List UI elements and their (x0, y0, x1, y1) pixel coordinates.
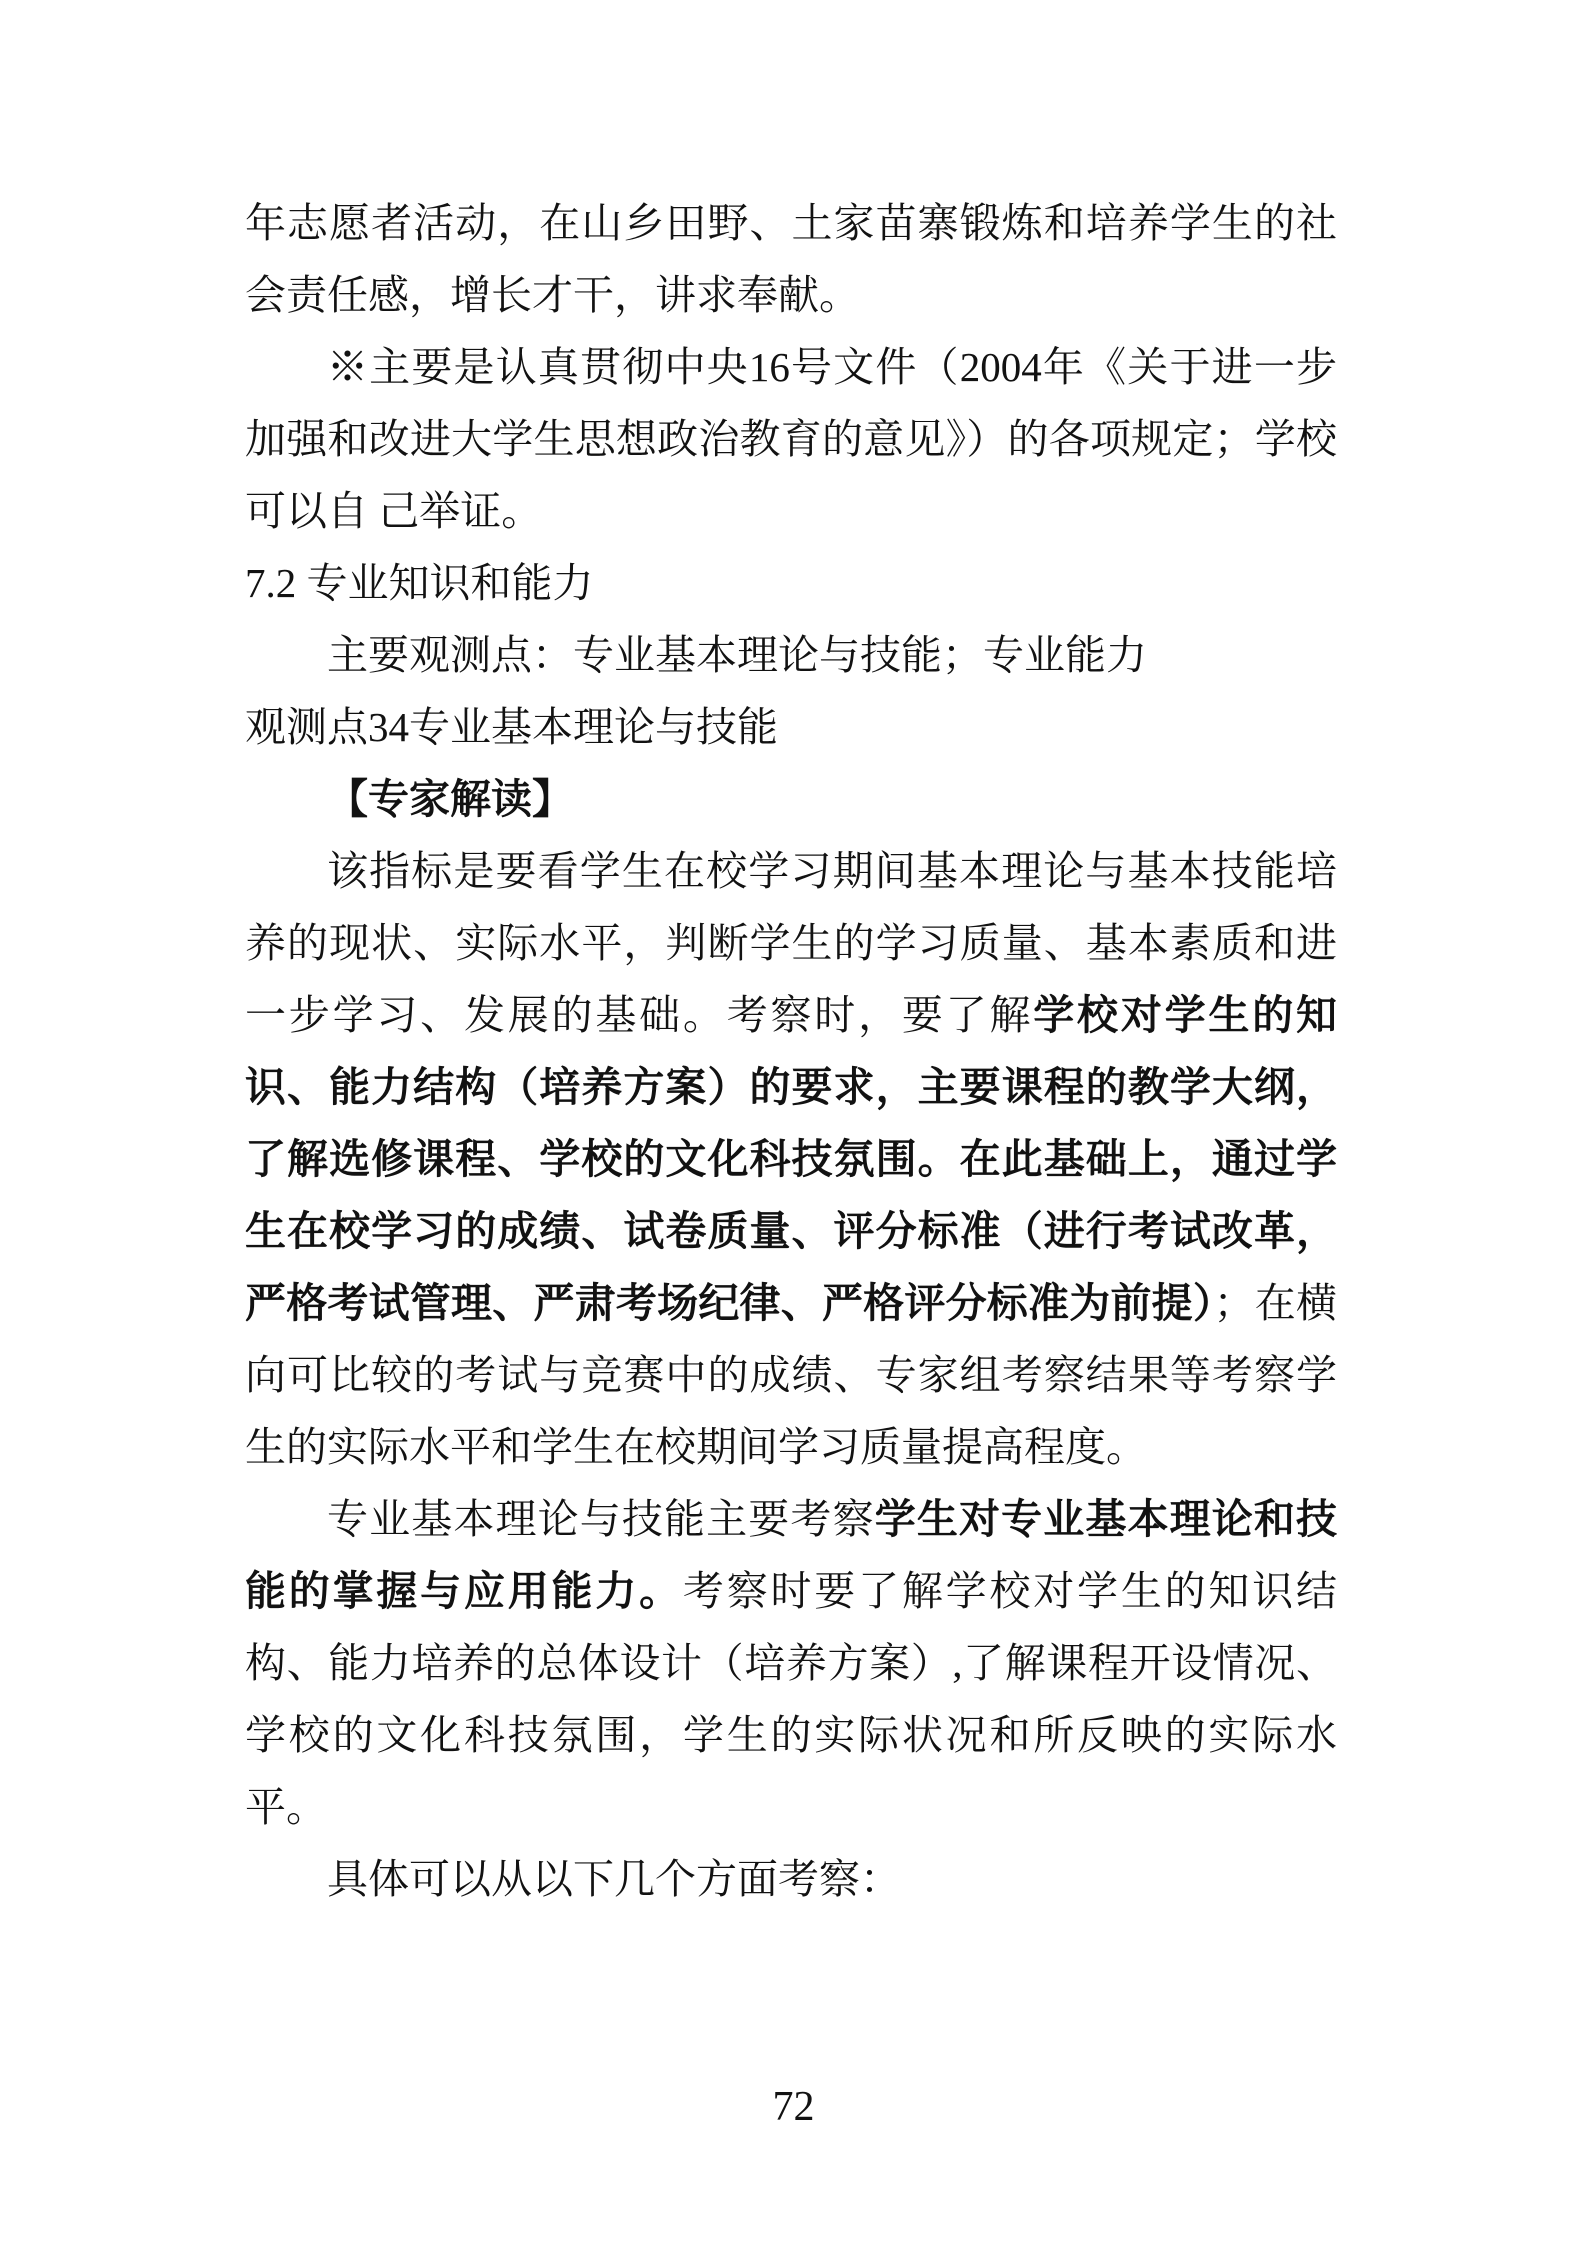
document-body: 年志愿者活动，在山乡田野、土家苗寨锻炼和培养学生的社会责任感，增长才干，讲求奉献… (245, 187, 1337, 1915)
document-page: 年志愿者活动，在山乡田野、土家苗寨锻炼和培养学生的社会责任感，增长才干，讲求奉献… (0, 0, 1587, 2245)
paragraph-indicator-explanation: 该指标是要看学生在校学习期间基本理论与基本技能培养的现状、实际水平，判断学生的学… (245, 835, 1337, 1483)
paragraph-text: 主要观测点：专业基本理论与技能；专业能力 (327, 632, 1147, 678)
heading-text: 观测点34专业基本理论与技能 (245, 704, 778, 750)
heading-section-7-2: 7.2 专业知识和能力 (245, 547, 1337, 619)
paragraph-observation-points: 主要观测点：专业基本理论与技能；专业能力 (245, 619, 1337, 691)
paragraph-theory-skills: 专业基本理论与技能主要考察学生对专业基本理论和技能的掌握与应用能力。考察时要了解… (245, 1483, 1337, 1843)
paragraph-note-16hao: ※主要是认真贯彻中央16号文件（2004年《关于进一步加强和改进大学生思想政治教… (245, 331, 1337, 547)
paragraph-run-bold: 学校对学生的知识、能力结构（培养方案）的要求，主要课程的教学大纲，了解选修课程、… (245, 992, 1337, 1326)
heading-text: 7.2 专业知识和能力 (245, 560, 594, 606)
paragraph-run: 专业基本理论与技能主要考察 (327, 1496, 875, 1542)
paragraph-volunteer-continuation: 年志愿者活动，在山乡田野、土家苗寨锻炼和培养学生的社会责任感，增长才干，讲求奉献… (245, 187, 1337, 331)
paragraph-aspects-intro: 具体可以从以下几个方面考察： (245, 1843, 1337, 1915)
heading-expert-interpretation: 【专家解读】 (245, 763, 1337, 835)
heading-point-34: 观测点34专业基本理论与技能 (245, 691, 1337, 763)
paragraph-text: 具体可以从以下几个方面考察： (327, 1856, 901, 1902)
paragraph-text: 年志愿者活动，在山乡田野、土家苗寨锻炼和培养学生的社会责任感，增长才干，讲求奉献… (245, 200, 1337, 318)
page-number: 72 (0, 2083, 1587, 2131)
paragraph-text: ※主要是认真贯彻中央16号文件（2004年《关于进一步加强和改进大学生思想政治教… (245, 344, 1337, 534)
heading-text: 【专家解读】 (327, 776, 573, 822)
